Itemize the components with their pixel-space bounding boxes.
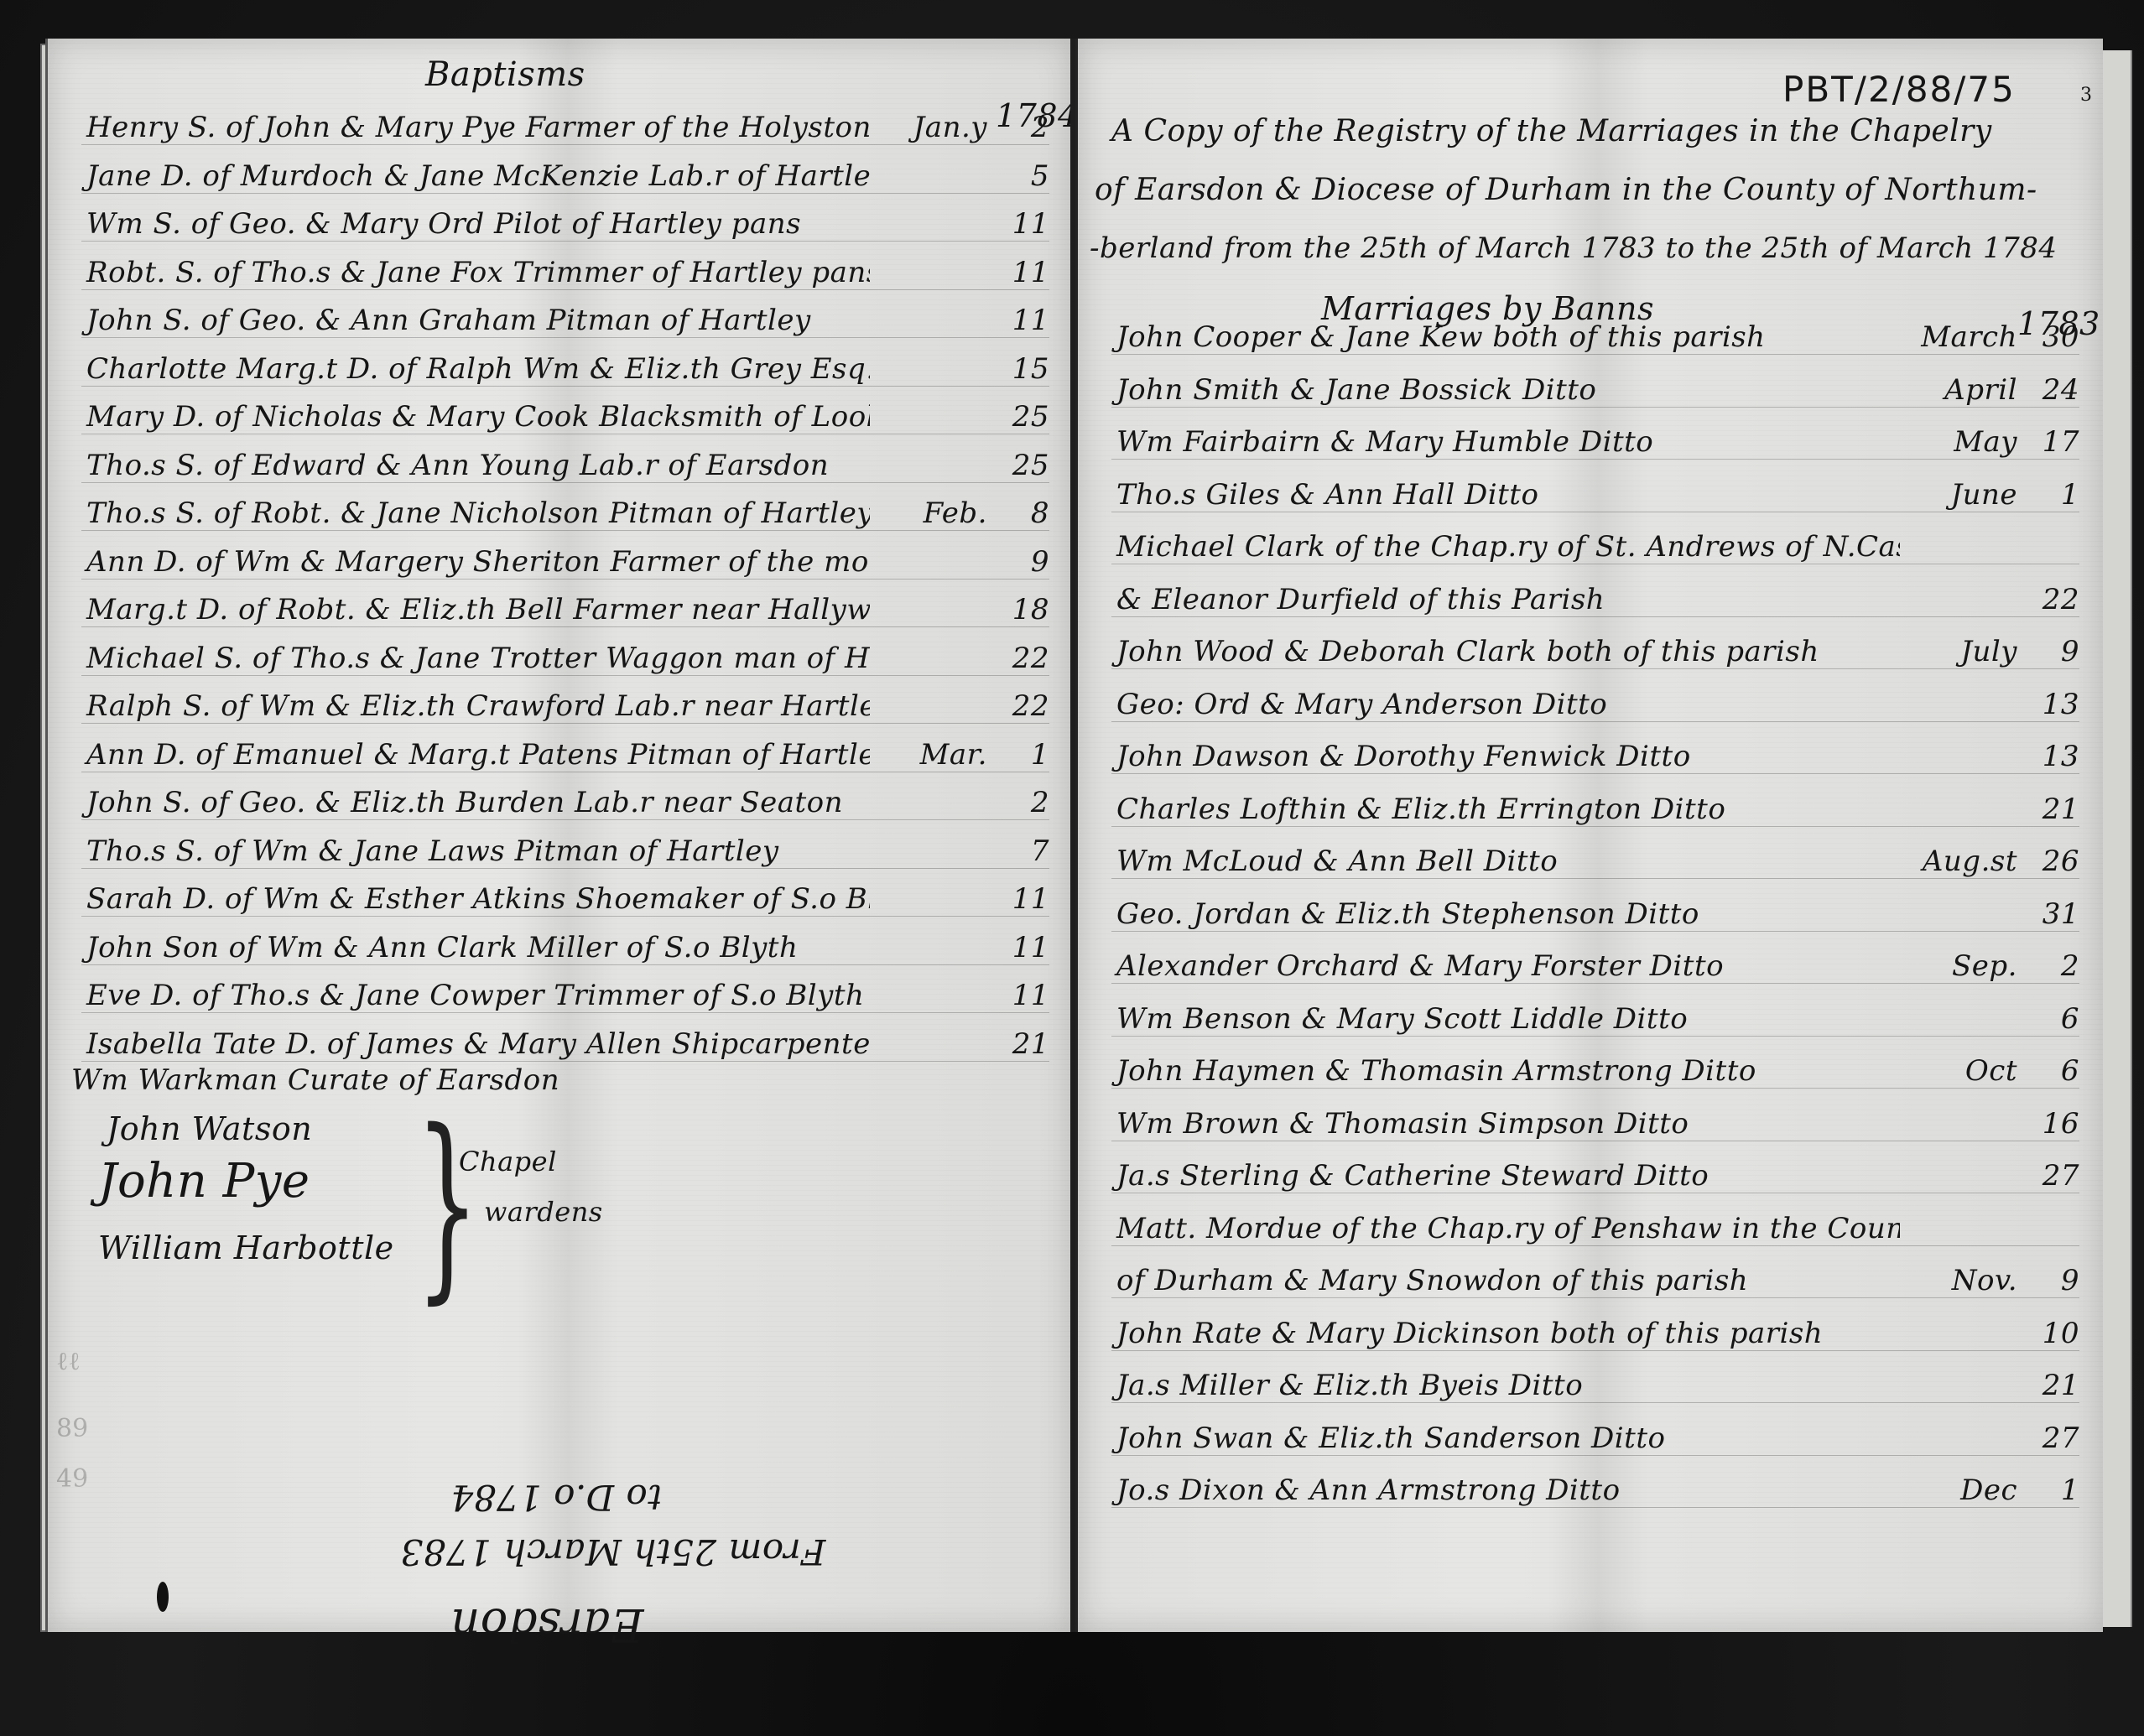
entry-text: Eve D. of Tho.s & Jane Cowper Trimmer of… xyxy=(81,979,870,1012)
register-entry-row: Isabella Tate D. of James & Mary Allen S… xyxy=(81,1014,1049,1062)
entry-text: Tho.s S. of Robt. & Jane Nicholson Pitma… xyxy=(81,496,870,530)
entry-day: 6 xyxy=(2029,1002,2079,1036)
entry-day: 9 xyxy=(2029,1264,2079,1297)
entry-text: Wm McLoud & Ann Bell Ditto xyxy=(1111,845,1900,878)
register-entry-row: John Haymen & Thomasin Armstrong DittoOc… xyxy=(1111,1041,2079,1089)
entry-day: 30 xyxy=(2029,320,2079,354)
entry-month: Nov. xyxy=(1900,1264,2029,1297)
entry-day: 31 xyxy=(2029,897,2079,931)
docket-line-year: to D.o 1784 xyxy=(450,1477,662,1518)
entry-text: Henry S. of John & Mary Pye Farmer of th… xyxy=(81,111,870,144)
entry-text: Geo: Ord & Mary Anderson Ditto xyxy=(1111,688,1900,721)
entry-text: John Swan & Eliz.th Sanderson Ditto xyxy=(1111,1422,1900,1455)
entry-day: 21 xyxy=(2029,1369,2079,1402)
entry-day: 11 xyxy=(999,207,1049,241)
entry-text: John Son of Wm & Ann Clark Miller of S.o… xyxy=(81,931,870,964)
register-entry-row: Wm Benson & Mary Scott Liddle Ditto6 xyxy=(1111,989,2079,1037)
entry-day: 25 xyxy=(999,449,1049,482)
entry-month: Sep. xyxy=(1900,949,2029,983)
register-entry-row: Tho.s Giles & Ann Hall DittoJune1 xyxy=(1111,465,2079,512)
register-entry-row: Ja.s Miller & Eliz.th Byeis Ditto21 xyxy=(1111,1355,2079,1403)
entry-day: 6 xyxy=(2029,1054,2079,1088)
entry-day: 2 xyxy=(999,111,1049,144)
entry-month: April xyxy=(1900,373,2029,407)
register-entry-row: Michael Clark of the Chap.ry of St. Andr… xyxy=(1111,517,2079,564)
entry-day: 26 xyxy=(2029,845,2079,878)
register-entry-row: Ja.s Sterling & Catherine Steward Ditto2… xyxy=(1111,1146,2079,1193)
warden-signature-2: John Pye xyxy=(98,1154,310,1208)
left-page-baptisms: Baptisms 1784 Henry S. of John & Mary Py… xyxy=(45,39,1073,1632)
title-line-3: -berland from the 25th of March 1783 to … xyxy=(1090,231,2058,265)
entry-text: John Wood & Deborah Clark both of this p… xyxy=(1111,635,1900,668)
register-entry-row: John Dawson & Dorothy Fenwick Ditto13 xyxy=(1111,726,2079,774)
entry-text: John Dawson & Dorothy Fenwick Ditto xyxy=(1111,740,1900,773)
entry-day: 11 xyxy=(999,304,1049,337)
entry-day: 16 xyxy=(2029,1107,2079,1141)
entry-day: 9 xyxy=(2029,635,2079,668)
entry-text: John S. of Geo. & Eliz.th Burden Lab.r n… xyxy=(81,786,870,819)
register-entry-row: Eve D. of Tho.s & Jane Cowper Trimmer of… xyxy=(81,965,1049,1013)
register-entry-row: Ann D. of Wm & Margery Sheriton Farmer o… xyxy=(81,532,1049,580)
archive-reference: PBT/2/88/75 xyxy=(1782,69,2016,110)
entry-month: July xyxy=(1900,635,2029,668)
register-entry-row: Charles Lofthin & Eliz.th Errington Ditt… xyxy=(1111,779,2079,827)
register-entry-row: Matt. Mordue of the Chap.ry of Penshaw i… xyxy=(1111,1198,2079,1246)
register-entry-row: Wm Fairbairn & Mary Humble DittoMay17 xyxy=(1111,412,2079,460)
register-entry-row: John Son of Wm & Ann Clark Miller of S.o… xyxy=(81,917,1049,965)
register-entry-row: Sarah D. of Wm & Esther Atkins Shoemaker… xyxy=(81,869,1049,917)
register-entry-row: John Rate & Mary Dickinson both of this … xyxy=(1111,1303,2079,1351)
register-entry-row: Ralph S. of Wm & Eliz.th Crawford Lab.r … xyxy=(81,676,1049,724)
entry-day: 22 xyxy=(999,689,1049,723)
register-entry-row: Wm Brown & Thomasin Simpson Ditto16 xyxy=(1111,1094,2079,1141)
entry-text: Ann D. of Wm & Margery Sheriton Farmer o… xyxy=(81,545,870,579)
entry-text: Tho.s S. of Edward & Ann Young Lab.r of … xyxy=(81,449,870,482)
entry-day: 27 xyxy=(2029,1159,2079,1193)
entry-month: Dec xyxy=(1900,1474,2029,1507)
entry-day: 21 xyxy=(2029,793,2079,826)
bleed-through-marks: 49 xyxy=(56,1464,88,1494)
register-entry-row: Geo: Ord & Mary Anderson Ditto13 xyxy=(1111,674,2079,722)
entry-text: Wm Brown & Thomasin Simpson Ditto xyxy=(1111,1107,1900,1141)
docket-line-dates: From 25th March 1783 xyxy=(400,1531,825,1572)
entry-text: Wm Fairbairn & Mary Humble Ditto xyxy=(1111,425,1900,459)
entry-text: Robt. S. of Tho.s & Jane Fox Trimmer of … xyxy=(81,256,870,289)
entry-text: Sarah D. of Wm & Esther Atkins Shoemaker… xyxy=(81,882,870,916)
register-entry-row: John Swan & Eliz.th Sanderson Ditto27 xyxy=(1111,1408,2079,1456)
entry-day: 15 xyxy=(999,352,1049,386)
entry-text: Isabella Tate D. of James & Mary Allen S… xyxy=(81,1027,870,1061)
register-entry-row: Tho.s S. of Edward & Ann Young Lab.r of … xyxy=(81,435,1049,483)
register-entry-row: Tho.s S. of Wm & Jane Laws Pitman of Har… xyxy=(81,821,1049,869)
register-entry-row: Michael S. of Tho.s & Jane Trotter Waggo… xyxy=(81,628,1049,676)
entry-day: 18 xyxy=(999,593,1049,626)
register-entry-row: John Cooper & Jane Kew both of this pari… xyxy=(1111,307,2079,355)
entry-day: 2 xyxy=(2029,949,2079,983)
entry-day: 27 xyxy=(2029,1422,2079,1455)
entry-month: March xyxy=(1900,320,2029,354)
register-entry-row: of Durham & Mary Snowdon of this parishN… xyxy=(1111,1250,2079,1298)
entry-text: Jo.s Dixon & Ann Armstrong Ditto xyxy=(1111,1474,1900,1507)
entry-text: Mary D. of Nicholas & Mary Cook Blacksmi… xyxy=(81,400,870,434)
right-page-marriages: PBT/2/88/75 3 A Copy of the Registry of … xyxy=(1075,39,2103,1632)
warden-signature-3: William Harbottle xyxy=(98,1229,394,1266)
entry-text: John S. of Geo. & Ann Graham Pitman of H… xyxy=(81,304,870,337)
register-entry-row: John S. of Geo. & Eliz.th Burden Lab.r n… xyxy=(81,772,1049,820)
entry-day: 2 xyxy=(999,786,1049,819)
entry-text: Michael S. of Tho.s & Jane Trotter Waggo… xyxy=(81,642,870,675)
chapel-wardens-label-2: wardens xyxy=(484,1196,603,1228)
entry-day: 11 xyxy=(999,256,1049,289)
entry-day: 13 xyxy=(2029,688,2079,721)
entry-text: Ja.s Miller & Eliz.th Byeis Ditto xyxy=(1111,1369,1900,1402)
entry-day: 25 xyxy=(999,400,1049,434)
entry-day: 7 xyxy=(999,834,1049,868)
entry-text: Matt. Mordue of the Chap.ry of Penshaw i… xyxy=(1111,1212,1900,1245)
entry-text: Ralph S. of Wm & Eliz.th Crawford Lab.r … xyxy=(81,689,870,723)
entry-month: June xyxy=(1900,478,2029,512)
entry-day: 17 xyxy=(2029,425,2079,459)
entry-day: 5 xyxy=(999,159,1049,193)
entry-day: 11 xyxy=(999,979,1049,1012)
register-entry-row: Robt. S. of Tho.s & Jane Fox Trimmer of … xyxy=(81,242,1049,290)
entry-text: Geo. Jordan & Eliz.th Stephenson Ditto xyxy=(1111,897,1900,931)
entry-month: Mar. xyxy=(870,738,999,772)
entry-text: Jane D. of Murdoch & Jane McKenzie Lab.r… xyxy=(81,159,870,193)
register-entry-row: John Wood & Deborah Clark both of this p… xyxy=(1111,621,2079,669)
register-entry-row: Wm McLoud & Ann Bell DittoAug.st26 xyxy=(1111,831,2079,879)
underlying-leaf-right-edge xyxy=(2100,50,2132,1627)
entry-month: Feb. xyxy=(870,496,999,530)
register-entry-row: Geo. Jordan & Eliz.th Stephenson Ditto31 xyxy=(1111,884,2079,932)
entry-text: Wm S. of Geo. & Mary Ord Pilot of Hartle… xyxy=(81,207,870,241)
register-entry-row: Jo.s Dixon & Ann Armstrong DittoDec1 xyxy=(1111,1460,2079,1508)
entry-day: 24 xyxy=(2029,373,2079,407)
register-entry-row: Charlotte Marg.t D. of Ralph Wm & Eliz.t… xyxy=(81,339,1049,387)
entry-text: & Eleanor Durfield of this Parish xyxy=(1111,583,1900,616)
docket-line-earsdon: Earsdon xyxy=(450,1598,644,1651)
entry-day: 13 xyxy=(2029,740,2079,773)
entry-text: John Smith & Jane Bossick Ditto xyxy=(1111,373,1900,407)
entry-text: John Cooper & Jane Kew both of this pari… xyxy=(1111,320,1900,354)
register-entry-row: Marg.t D. of Robt. & Eliz.th Bell Farmer… xyxy=(81,580,1049,627)
register-entry-row: & Eleanor Durfield of this Parish22 xyxy=(1111,569,2079,617)
entry-day: 11 xyxy=(999,882,1049,916)
register-entry-row: Jane D. of Murdoch & Jane McKenzie Lab.r… xyxy=(81,146,1049,194)
register-entry-row: Tho.s S. of Robt. & Jane Nicholson Pitma… xyxy=(81,483,1049,531)
entry-text: Wm Benson & Mary Scott Liddle Ditto xyxy=(1111,1002,1900,1036)
register-entry-row: John Smith & Jane Bossick DittoApril24 xyxy=(1111,360,2079,408)
ink-blot xyxy=(157,1582,169,1612)
entry-text: Charlotte Marg.t D. of Ralph Wm & Eliz.t… xyxy=(81,352,870,386)
entry-text: John Haymen & Thomasin Armstrong Ditto xyxy=(1111,1054,1900,1088)
title-line-2: of Earsdon & Diocese of Durham in the Co… xyxy=(1095,173,2037,207)
entry-month: Aug.st xyxy=(1900,845,2029,878)
entry-month: May xyxy=(1900,425,2029,459)
entry-day: 8 xyxy=(999,496,1049,530)
entry-day: 9 xyxy=(999,545,1049,579)
bracket-glyph: } xyxy=(415,1104,479,1305)
entry-day: 10 xyxy=(2029,1317,2079,1350)
entry-day: 22 xyxy=(999,642,1049,675)
entry-text: Charles Lofthin & Eliz.th Errington Ditt… xyxy=(1111,793,1900,826)
entry-day: 1 xyxy=(2029,478,2079,512)
entry-day: 21 xyxy=(999,1027,1049,1061)
register-entry-row: Henry S. of John & Mary Pye Farmer of th… xyxy=(81,97,1049,145)
register-entry-row: Alexander Orchard & Mary Forster DittoSe… xyxy=(1111,936,2079,984)
register-entry-row: Ann D. of Emanuel & Marg.t Patens Pitman… xyxy=(81,725,1049,772)
entry-text: Tho.s Giles & Ann Hall Ditto xyxy=(1111,478,1900,512)
register-entry-row: John S. of Geo. & Ann Graham Pitman of H… xyxy=(81,290,1049,338)
page-corner-number: 3 xyxy=(2080,85,2092,106)
entry-month: Oct xyxy=(1900,1054,2029,1088)
entry-text: Alexander Orchard & Mary Forster Ditto xyxy=(1111,949,1900,983)
entry-day: 22 xyxy=(2029,583,2079,616)
warden-signature-1: John Watson xyxy=(107,1110,312,1147)
bleed-through-marks: 89 xyxy=(56,1414,88,1443)
entry-text: of Durham & Mary Snowdon of this parish xyxy=(1111,1264,1900,1297)
register-entry-row: Wm S. of Geo. & Mary Ord Pilot of Hartle… xyxy=(81,194,1049,242)
entry-text: Ja.s Sterling & Catherine Steward Ditto xyxy=(1111,1159,1900,1193)
curate-signature: Wm Warkman Curate of Earsdon xyxy=(71,1063,559,1097)
entry-text: Ann D. of Emanuel & Marg.t Patens Pitman… xyxy=(81,738,870,772)
bleed-through-marks: ℓℓ xyxy=(56,1347,81,1376)
entry-day: 1 xyxy=(2029,1474,2079,1507)
register-entry-row: Mary D. of Nicholas & Mary Cook Blacksmi… xyxy=(81,387,1049,434)
entry-month: Jan.y xyxy=(870,111,999,144)
entry-day: 1 xyxy=(999,738,1049,772)
entry-text: Michael Clark of the Chap.ry of St. Andr… xyxy=(1111,530,1900,564)
chapel-wardens-label-1: Chapel xyxy=(459,1146,557,1177)
entry-text: Tho.s S. of Wm & Jane Laws Pitman of Har… xyxy=(81,834,870,868)
title-line-1: A Copy of the Registry of the Marriages … xyxy=(1111,114,1992,148)
baptisms-heading: Baptisms xyxy=(425,55,585,94)
entry-text: Marg.t D. of Robt. & Eliz.th Bell Farmer… xyxy=(81,593,870,626)
entry-day: 11 xyxy=(999,931,1049,964)
entry-text: John Rate & Mary Dickinson both of this … xyxy=(1111,1317,1900,1350)
